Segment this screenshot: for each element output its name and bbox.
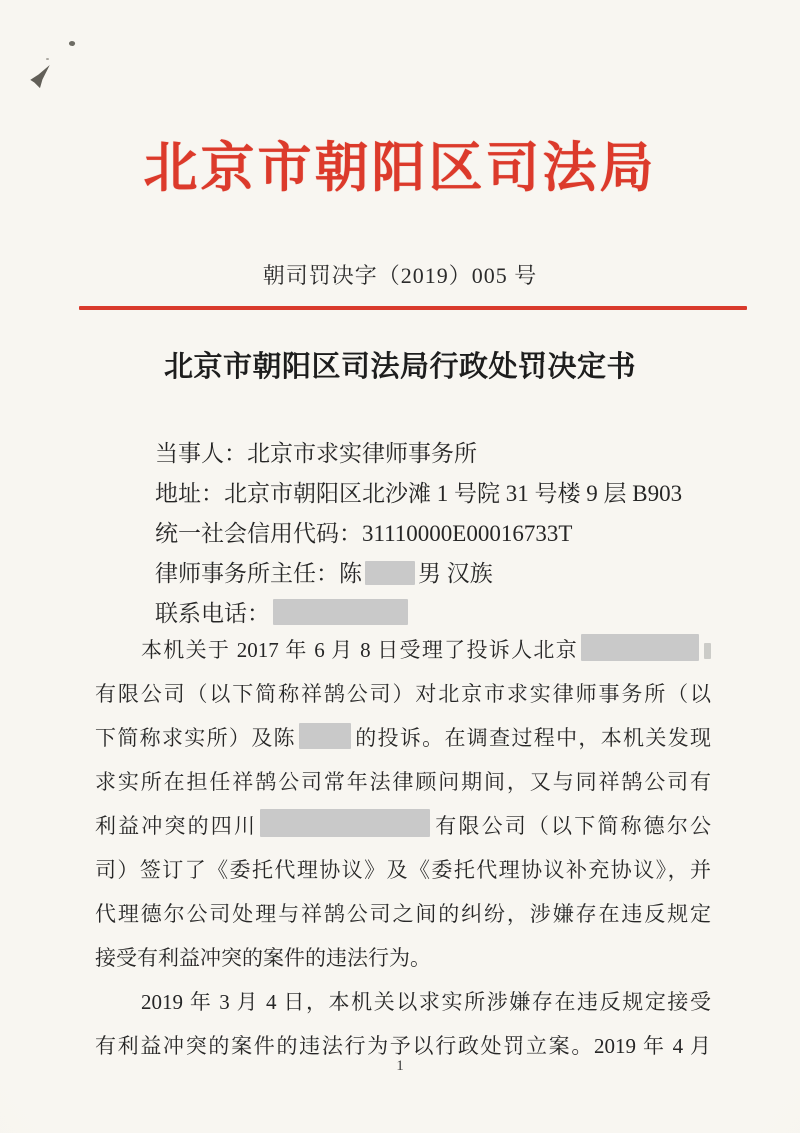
text-segment: 有限公司（以下简称祥鹄公司）对北京市求实律师事务所（以 [95, 682, 711, 706]
text-line: 2019 年 3 月 4 日，本机关以求实所涉嫌存在违反规定接受 [95, 980, 711, 1024]
text-segment: 利益冲突的四川 [95, 814, 257, 838]
redaction-box [273, 599, 408, 625]
text-line: 接受有利益冲突的案件的违法行为。 [95, 936, 711, 980]
paragraph-2: 2019 年 3 月 4 日，本机关以求实所涉嫌存在违反规定接受有利益冲突的案件… [95, 980, 711, 1068]
text-segment: 律师事务所主任：陈 [155, 561, 362, 586]
redaction-box [581, 634, 699, 661]
text-segment: 联系电话： [155, 601, 270, 626]
text-line: 本机关于 2017 年 6 月 8 日受理了投诉人北京 [95, 628, 711, 672]
text-segment: 的投诉。在调查过程中，本机关发现 [354, 726, 711, 750]
text-line: 地址：北京市朝阳区北沙滩 1 号院 31 号楼 9 层 B903 [155, 474, 755, 514]
document-page: 北京市朝阳区司法局 朝司罚决字（2019）005 号 北京市朝阳区司法局行政处罚… [0, 0, 800, 1133]
ink-speck [68, 40, 75, 47]
text-segment: 代理德尔公司处理与祥鹄公司之间的纠纷，涉嫌存在违反规定 [95, 902, 711, 926]
text-segment: 接受有利益冲突的案件的违法行为。 [95, 946, 431, 970]
text-line: 司）签订了《委托代理协议》及《委托代理协议补充协议》，并 [95, 848, 711, 892]
text-segment: 有利益冲突的案件的违法行为予以行政处罚立案。2019 年 4 月 [95, 1034, 711, 1058]
text-segment: 2019 年 3 月 4 日，本机关以求实所涉嫌存在违反规定接受 [141, 990, 711, 1014]
page-number: 1 [0, 1056, 800, 1076]
text-segment: 求实所在担任祥鹄公司常年法律顾问期间，又与同祥鹄公司有 [95, 770, 711, 794]
text-segment: 男 汉族 [418, 561, 493, 586]
text-segment: 地址：北京市朝阳区北沙滩 1 号院 31 号楼 9 层 B903 [155, 481, 682, 506]
redaction-box [260, 809, 430, 837]
text-line: 律师事务所主任：陈男 汉族 [155, 554, 755, 594]
text-line: 求实所在担任祥鹄公司常年法律顾问期间，又与同祥鹄公司有 [95, 760, 711, 804]
smudge-mark [704, 643, 711, 659]
text-segment: 本机关于 2017 年 6 月 8 日受理了投诉人北京 [141, 638, 578, 662]
redaction-box [365, 561, 415, 585]
ink-mark [29, 65, 52, 89]
paragraph-1: 本机关于 2017 年 6 月 8 日受理了投诉人北京有限公司（以下简称祥鹄公司… [95, 628, 711, 980]
text-segment: 下简称求实所）及陈 [95, 726, 296, 750]
letterhead-title: 北京市朝阳区司法局 [0, 126, 800, 210]
ink-dot [46, 58, 49, 60]
text-line: 统一社会信用代码：31110000E00016733T [155, 514, 755, 554]
text-segment: 统一社会信用代码：31110000E00016733T [155, 521, 572, 546]
text-line: 下简称求实所）及陈的投诉。在调查过程中，本机关发现 [95, 716, 711, 760]
doc-title: 北京市朝阳区司法局行政处罚决定书 [0, 344, 800, 390]
text-line: 当事人：北京市求实律师事务所 [155, 434, 755, 474]
text-line: 代理德尔公司处理与祥鹄公司之间的纠纷，涉嫌存在违反规定 [95, 892, 711, 936]
text-line: 有限公司（以下简称祥鹄公司）对北京市求实律师事务所（以 [95, 672, 711, 716]
text-line: 利益冲突的四川有限公司（以下简称德尔公 [95, 804, 711, 848]
party-info-block: 当事人：北京市求实律师事务所地址：北京市朝阳区北沙滩 1 号院 31 号楼 9 … [155, 434, 755, 634]
text-segment: 司）签订了《委托代理协议》及《委托代理协议补充协议》，并 [95, 858, 711, 882]
text-segment: 当事人：北京市求实律师事务所 [155, 441, 477, 466]
redaction-box [299, 723, 351, 749]
red-divider-rule [79, 306, 747, 310]
text-segment: 有限公司（以下简称德尔公 [433, 814, 711, 838]
doc-number: 朝司罚决字（2019）005 号 [0, 258, 800, 294]
body-paragraphs: 本机关于 2017 年 6 月 8 日受理了投诉人北京有限公司（以下简称祥鹄公司… [95, 628, 711, 1068]
